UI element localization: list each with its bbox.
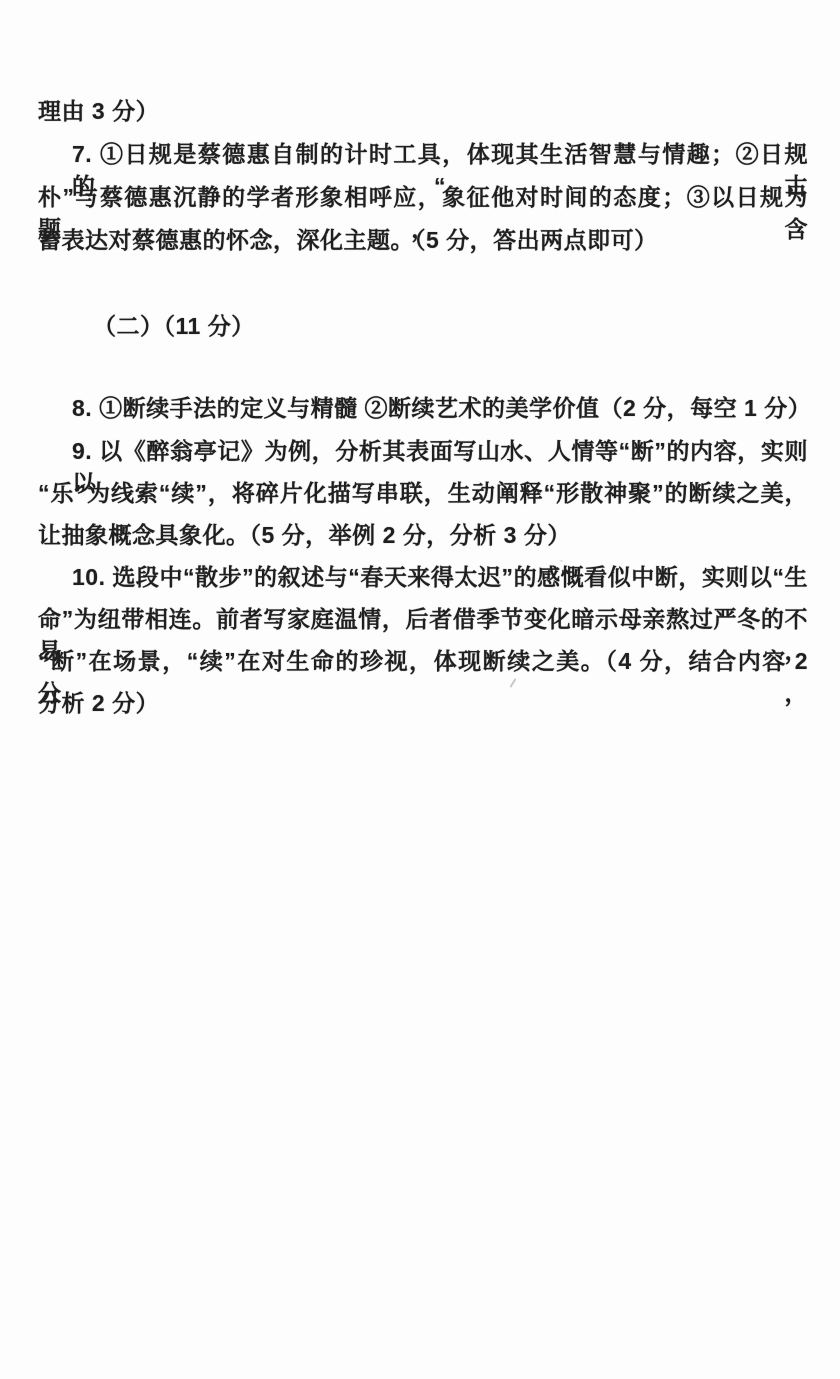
line-section-2-header: （二）（11 分）	[38, 310, 840, 342]
line-answer-7-3: 蓄表达对蔡德惠的怀念，深化主题。（5 分，答出两点即可）	[38, 224, 808, 256]
line-carryover-reason-score: 理由 3 分）	[38, 95, 808, 127]
line-answer-8-1: 8. ①断续手法的定义与精髓 ②断续艺术的美学价值（2 分，每空 1 分）	[38, 392, 808, 424]
line-answer-9-2: “乐”为线索“续”，将碎片化描写串联，生动阐释“形散神聚”的断续之美，	[38, 477, 808, 509]
scan-artifact-dot	[560, 560, 563, 562]
line-answer-9-3: 让抽象概念具象化。（5 分，举例 2 分，分析 3 分）	[38, 519, 808, 551]
line-answer-10-1: 10. 选段中“散步”的叙述与“春天来得太迟”的感慨看似中断，实则以“生	[38, 561, 808, 593]
line-answer-10-4: 分析 2 分）	[38, 687, 808, 719]
document-page: 理由 3 分） 7. ①日规是蔡德惠自制的计时工具，体现其生活智慧与情趣；②日规…	[0, 0, 840, 1379]
